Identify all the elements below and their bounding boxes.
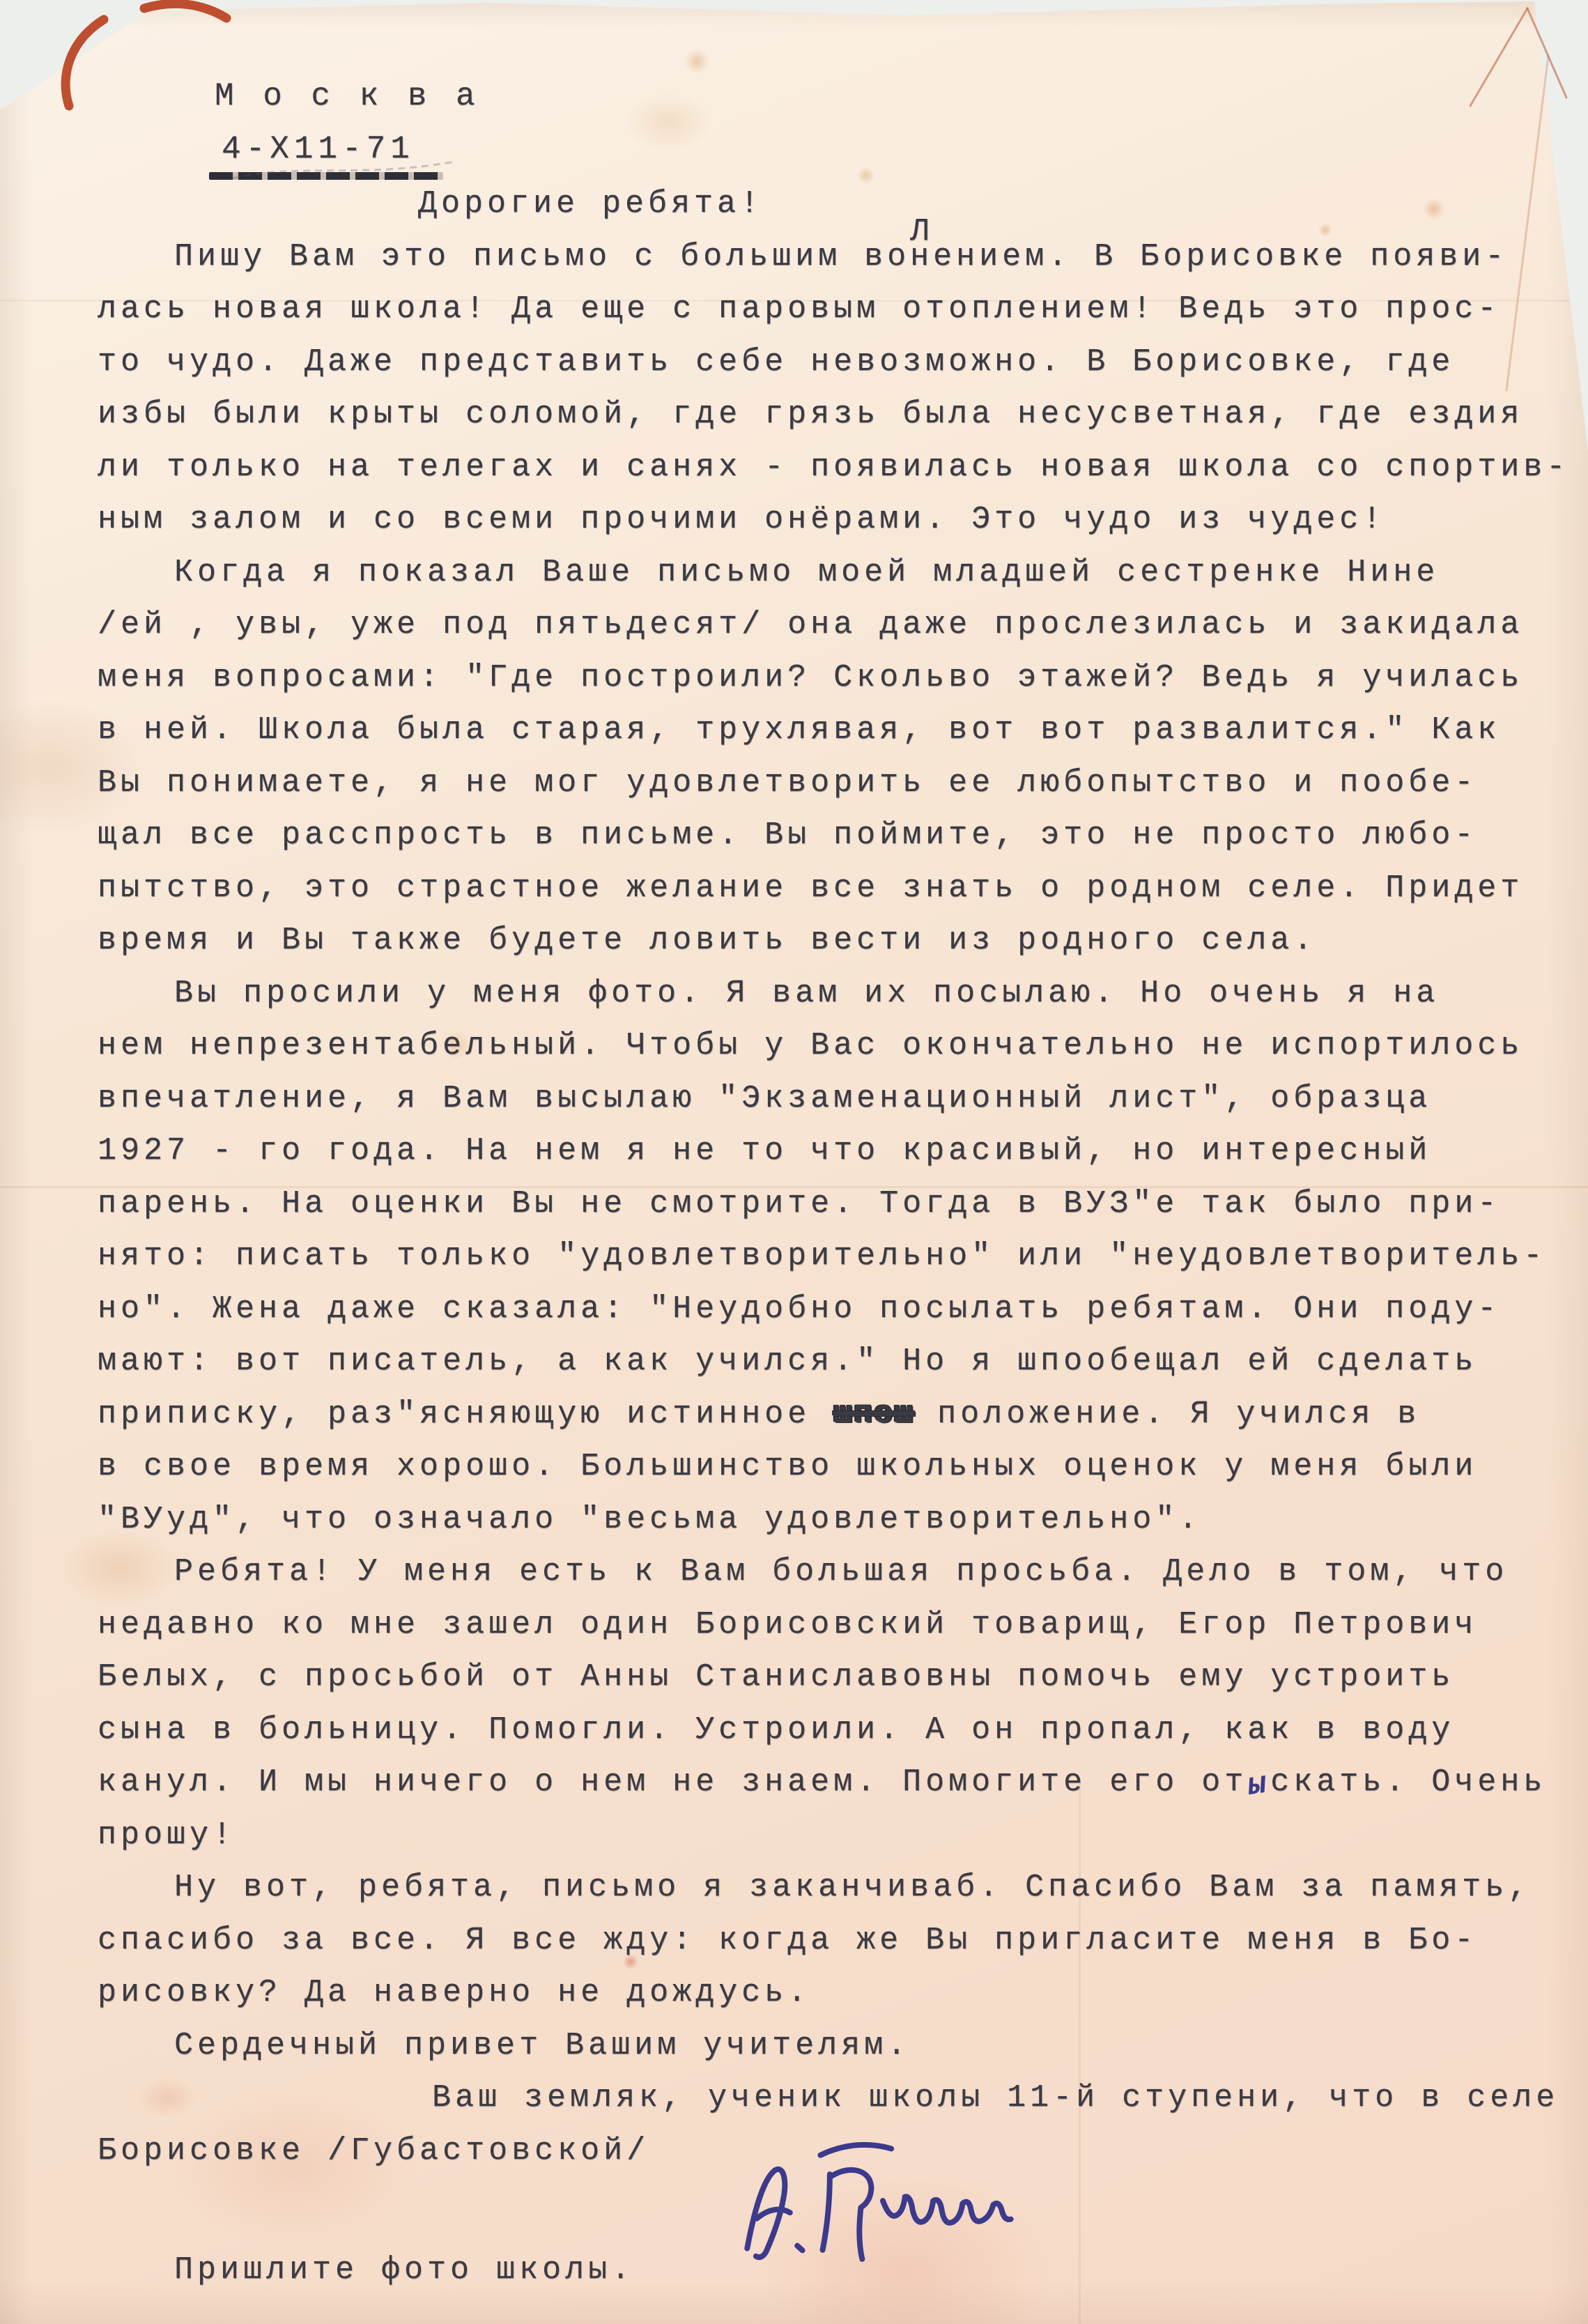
- city-line: М о с к в а: [215, 78, 480, 114]
- letter-line: ли только на телегах и санях - появилась…: [98, 441, 1561, 494]
- line-text: сына в больницу. Помогли. Устроили. А он…: [98, 1712, 1454, 1748]
- letter-line: /ей , увы, уже под пятьдесят/ она даже п…: [98, 599, 1561, 652]
- line-text: парень. На оценки Вы не смотрите. Тогда …: [98, 1186, 1500, 1222]
- letter-line: меня вопросами: "Где построили? Скольво …: [98, 652, 1561, 705]
- date-line: 4-Х11-71: [222, 131, 415, 167]
- line-text: /ей , увы, уже под пятьдесят/ она даже п…: [98, 607, 1523, 642]
- letter-line: лась новая школа! Да еще с паровым отопл…: [98, 283, 1561, 336]
- line-text: мают: вот писатель, а как учился." Но я …: [98, 1344, 1477, 1379]
- line-text: нято: писать только "удовлетворительно" …: [98, 1238, 1546, 1274]
- line-text: прошу!: [98, 1817, 236, 1853]
- line-text: Когда я показал Ваше письмо моей младшей…: [174, 555, 1439, 590]
- line-text: Борисовке /Губастовской/: [98, 2133, 649, 2169]
- letter-line: Вы просили у меня фото. Я вам их посылаю…: [98, 967, 1561, 1020]
- letter-line: Пишу Вам это письмо с большим воЛнением.…: [98, 231, 1561, 284]
- letter-line: Дорогие ребята!: [98, 178, 1561, 231]
- letter-line: Ваш земляк, ученик школы 11-й ступени, ч…: [98, 2072, 1561, 2125]
- letter-line: Вы понимаете, я не мог удовлетворить ее …: [98, 757, 1561, 810]
- line-text: нением. В Борисовке появи-: [910, 239, 1508, 275]
- letter-line: ным залом и со всеми прочими онёрами. Эт…: [98, 493, 1561, 546]
- letter-line: то чудо. Даже представить себе невозможн…: [98, 336, 1561, 389]
- line-text: но". Жена даже сказала: "Неудобно посыла…: [98, 1291, 1500, 1327]
- paper-sheet: М о с к в а 4-Х11-71 Дорогие ребята!Пишу…: [0, 0, 1588, 2324]
- letter-line: в свое время хорошо. Большинство школьны…: [98, 1440, 1561, 1493]
- line-text: канул. И мы ничего о нем не знаем. Помог…: [98, 1764, 1247, 1800]
- line-text: недавно ко мне зашел один Борисовский то…: [98, 1607, 1477, 1642]
- line-text: время и Вы также будете ловить вести из …: [98, 923, 1316, 958]
- letter-line: впечатление, я Вам высылаю "Экзаменацион…: [98, 1072, 1561, 1125]
- letter-line: Белых, с просьбой от Анны Станиславовны …: [98, 1651, 1561, 1704]
- line-text: Ваш земляк, ученик школы 11-й ступени, ч…: [432, 2080, 1559, 2116]
- line-text: "ВУуд", что означало "весьма удовлетвори…: [98, 1502, 1201, 1537]
- postscript-line: Пришлите фото школы.: [174, 2252, 634, 2288]
- line-text: Ну вот, ребята, письмо я заканчиваб. Спа…: [174, 1870, 1531, 1905]
- line-text: избы были крыты соломой, где грязь была …: [98, 397, 1523, 432]
- letter-line: прошу!: [98, 1809, 1561, 1862]
- line-text: впечатление, я Вам высылаю "Экзаменацион…: [98, 1081, 1431, 1116]
- letter-line: спасибо за все. Я все жду: когда же Вы п…: [98, 1914, 1561, 1967]
- scanned-letter-page: { "scan": { "background_color": "#ecefeb…: [0, 0, 1588, 2324]
- letter-line: нято: писать только "удовлетворительно" …: [98, 1230, 1561, 1283]
- line-text: Белых, с просьбой от Анны Станиславовны …: [98, 1659, 1454, 1695]
- line-text: пытство, это страстное желание все знать…: [98, 870, 1523, 906]
- line-text: ли только на телегах и санях - появилась…: [98, 449, 1569, 485]
- line-text: приписку, раз"ясняющую истинное: [98, 1396, 833, 1432]
- letter-line: Ребята! У меня есть к Вам большая просьб…: [98, 1546, 1561, 1599]
- line-text: в ней. Школа была старая, трухлявая, вот…: [98, 712, 1500, 748]
- line-text: Дорогие ребята!: [418, 186, 763, 222]
- line-text: ным залом и со всеми прочими онёрами. Эт…: [98, 502, 1385, 537]
- letter-line: но". Жена даже сказала: "Неудобно посыла…: [98, 1283, 1561, 1336]
- letter-line: рисовку? Да наверно не дождусь.: [98, 1967, 1561, 2019]
- line-text: спасибо за все. Я все жду: когда же Вы п…: [98, 1923, 1477, 1958]
- letter-line: сына в больницу. Помогли. Устроили. А он…: [98, 1704, 1561, 1757]
- letter-line: время и Вы также будете ловить вести из …: [98, 914, 1561, 967]
- line-text: положение. Я учился в: [914, 1396, 1420, 1432]
- letter-line: приписку, раз"ясняющую истинное шпош пол…: [98, 1388, 1561, 1441]
- letter-line: мают: вот писатель, а как учился." Но я …: [98, 1335, 1561, 1388]
- line-text: в свое время хорошо. Большинство школьны…: [98, 1449, 1477, 1484]
- signature-ink-strokes: [718, 2123, 1052, 2279]
- letter-body: Дорогие ребята!Пишу Вам это письмо с бол…: [98, 178, 1561, 2177]
- line-text: то чудо. Даже представить себе невозможн…: [98, 344, 1454, 380]
- line-text: нем непрезентабельный. Чтобы у Вас оконч…: [98, 1028, 1523, 1063]
- letter-line: Сердечный привет Вашим учителям.: [98, 2019, 1561, 2072]
- struck-out-word: шпош: [833, 1396, 914, 1432]
- line-text: меня вопросами: "Где построили? Скольво …: [98, 660, 1523, 695]
- letter-line: недавно ко мне зашел один Борисовский то…: [98, 1599, 1561, 1652]
- line-text: Пишу Вам это письмо с большим во: [174, 239, 910, 275]
- letter-line: пытство, это страстное желание все знать…: [98, 862, 1561, 915]
- line-text: скать. Очень: [1270, 1764, 1546, 1800]
- letter-line: Ну вот, ребята, письмо я заканчиваб. Спа…: [98, 1861, 1561, 1914]
- line-text: Ребята! У меня есть к Вам большая просьб…: [174, 1554, 1508, 1590]
- line-text: Вы просили у меня фото. Я вам их посылаю…: [174, 976, 1439, 1011]
- letter-line: канул. И мы ничего о нем не знаем. Помог…: [98, 1756, 1561, 1809]
- line-text: 1927 - го года. На нем я не то что краси…: [98, 1133, 1431, 1169]
- line-text: рисовку? Да наверно не дождусь.: [98, 1975, 810, 2010]
- letter-line: "ВУуд", что означало "весьма удовлетвори…: [98, 1493, 1561, 1546]
- letter-line: парень. На оценки Вы не смотрите. Тогда …: [98, 1178, 1561, 1231]
- handwritten-signature: [718, 2123, 1052, 2279]
- line-text: Сердечный привет Вашим учителям.: [174, 2028, 910, 2063]
- letter-line: Когда я показал Ваше письмо моей младшей…: [98, 546, 1561, 599]
- letter-line: избы были крыты соломой, где грязь была …: [98, 388, 1561, 441]
- line-text: Вы понимаете, я не мог удовлетворить ее …: [98, 765, 1477, 801]
- letter-line: нем непрезентабельный. Чтобы у Вас оконч…: [98, 1019, 1561, 1072]
- letter-line: в ней. Школа была старая, трухлявая, вот…: [98, 704, 1561, 757]
- line-text: лась новая школа! Да еще с паровым отопл…: [98, 291, 1500, 327]
- letter-line: 1927 - го года. На нем я не то что краси…: [98, 1125, 1561, 1178]
- line-text: щал все расспрость в письме. Вы поймите,…: [98, 817, 1477, 853]
- letter-line: щал все расспрость в письме. Вы поймите,…: [98, 809, 1561, 862]
